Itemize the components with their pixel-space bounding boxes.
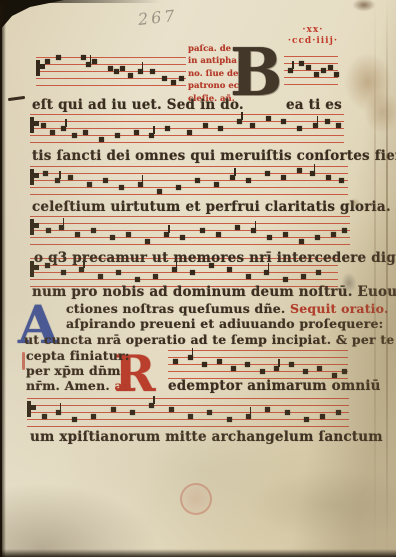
initial-B: B — [230, 40, 282, 105]
neume-square — [110, 235, 115, 240]
rubric-line: paſca. de — [188, 43, 236, 55]
pencil-foliation: 267 — [137, 6, 178, 29]
neume-square — [87, 182, 92, 187]
neume-square — [115, 133, 120, 138]
neume-square — [86, 62, 91, 67]
neume-square — [216, 232, 221, 237]
music-staff — [36, 57, 186, 86]
neume-square — [202, 362, 207, 367]
margin-pen-dash — [8, 96, 25, 101]
chant-text-line2: tis ſancti dei omnes qui meruiſtis conſo… — [32, 148, 396, 164]
neume-stem — [65, 119, 66, 127]
neume-square — [56, 410, 61, 415]
neume-square — [55, 178, 60, 183]
neume-square — [135, 277, 140, 282]
neume-square — [179, 76, 184, 81]
neume-square — [227, 267, 232, 272]
neume-square — [169, 407, 174, 412]
rubric-line: patrono ec — [188, 80, 236, 92]
chant-text-line1-left: eſt qui ad iu uet. Sed in do. — [32, 97, 244, 113]
neume-square — [116, 270, 121, 275]
neume-square — [114, 69, 119, 74]
neume-square — [342, 369, 347, 374]
chant2-text-line2: um xpiſtianorum mitte archangelum ſanctu… — [30, 429, 383, 445]
prayer-line4: cepta finiatur: — [26, 348, 130, 363]
music-staff — [27, 398, 349, 427]
neume-square — [317, 366, 322, 371]
neume-stem — [314, 164, 315, 172]
neume-square — [91, 228, 96, 233]
neume-square — [138, 69, 143, 74]
neume-square — [301, 274, 306, 279]
neume-square — [150, 69, 155, 74]
neume-square — [61, 126, 66, 131]
neume-square — [165, 126, 170, 131]
neume-square — [265, 407, 270, 412]
staff-lines — [36, 57, 186, 86]
neume-square — [250, 123, 255, 128]
music-staff — [284, 56, 338, 85]
neume-square — [325, 119, 330, 124]
clef-mark — [30, 261, 34, 277]
rubric-line: no. ſiue de — [188, 68, 236, 80]
neume-square — [68, 175, 73, 180]
neume-square — [283, 232, 288, 237]
prayer-line6-text: nr̄m. Amen. — [26, 378, 110, 393]
rubric-line: in antipha — [188, 55, 236, 67]
music-staff — [30, 166, 348, 195]
neume-square — [332, 373, 337, 378]
prayer-line1: ctiones noſtras queſumus dñe. Sequit ora… — [66, 301, 389, 316]
neume-square — [111, 407, 116, 412]
neume-square — [260, 369, 265, 374]
neume-square — [246, 414, 251, 419]
neume-stem — [168, 225, 169, 233]
library-stamp — [180, 483, 212, 515]
neume-square — [231, 366, 236, 371]
neume-square — [230, 175, 235, 180]
prayer-line6-rubric: añ. — [114, 378, 136, 393]
prayer-line5: per xp̄m dn̄m — [26, 363, 121, 378]
clef-mark — [30, 117, 34, 133]
neume-stem — [142, 62, 143, 70]
manuscript-photo: 267 ·xx· ·ccd·iiij· paſca. de in antipha… — [0, 0, 396, 557]
neume-square — [149, 133, 154, 138]
neume-square — [267, 235, 272, 240]
neume-square — [92, 59, 97, 64]
neume-square — [61, 270, 66, 275]
neume-square — [103, 178, 108, 183]
neume-square — [126, 232, 131, 237]
neume-square — [176, 185, 181, 190]
neume-stem — [234, 168, 235, 176]
neume-square — [316, 270, 321, 275]
neume-square — [274, 366, 279, 371]
neume-stem — [63, 218, 64, 226]
neume-square — [164, 232, 169, 237]
neume-square — [336, 410, 341, 415]
folio-mark-line1: ·xx· — [288, 25, 338, 36]
rubric-block: paſca. de in antipha no. ſiue de patrono… — [188, 43, 236, 105]
neume-stem — [292, 61, 293, 69]
neume-square — [130, 410, 135, 415]
neume-square — [320, 414, 325, 419]
neume-square — [299, 61, 304, 66]
neume-square — [297, 126, 302, 131]
neume-stem — [250, 407, 251, 415]
neume-square — [265, 171, 270, 176]
page-edge-crease2 — [374, 0, 376, 557]
neume-square — [180, 235, 185, 240]
photo-dark-edge-left — [0, 0, 6, 557]
neume-square — [281, 119, 286, 124]
neume-square — [56, 55, 61, 60]
neume-square — [41, 123, 46, 128]
staff-lines — [27, 398, 349, 427]
neume-square — [326, 175, 331, 180]
neume-stem — [241, 112, 242, 120]
neume-square — [108, 66, 113, 71]
neume-square — [119, 185, 124, 190]
neume-square — [153, 274, 158, 279]
chant2-text-line1: edemptor animarum omniū — [168, 378, 381, 394]
neume-square — [299, 239, 304, 244]
neume-square — [75, 232, 80, 237]
neume-square — [306, 65, 311, 70]
neume-square — [310, 171, 315, 176]
neume-square — [245, 362, 250, 367]
neume-square — [214, 182, 219, 187]
page-edge-crease — [386, 0, 388, 557]
neume-square — [237, 119, 242, 124]
neume-stem — [60, 403, 61, 411]
neume-square — [79, 267, 84, 272]
prayer-line6: nr̄m. Amen. añ. — [26, 378, 137, 393]
neume-square — [281, 175, 286, 180]
neume-square — [91, 414, 96, 419]
neume-square — [283, 277, 288, 282]
staff-lines — [168, 350, 348, 379]
neume-stem — [192, 348, 193, 356]
neume-square — [138, 182, 143, 187]
neume-square — [304, 417, 309, 422]
music-staff — [30, 114, 344, 143]
neume-square — [157, 189, 162, 194]
chant-text-line1-right: ea ti es — [286, 97, 342, 113]
neume-square — [264, 270, 269, 275]
neume-square — [99, 137, 104, 142]
folio-mark-line2: ·ccd·iiij· — [288, 36, 338, 47]
neume-square — [188, 414, 193, 419]
neume-square — [173, 359, 178, 364]
chant-text-line3: celeſtium uirtutum et perfrui claritatis… — [32, 199, 396, 215]
neume-square — [289, 362, 294, 367]
folio-mark: ·xx· ·ccd·iiij· — [288, 25, 338, 47]
chant-text-line4: o q3 precamur ut memores nrī intercedere… — [34, 250, 396, 266]
neume-square — [336, 123, 341, 128]
neume-square — [342, 228, 347, 233]
neume-square — [83, 130, 88, 135]
clef-mark — [30, 219, 34, 235]
neume-square — [187, 130, 192, 135]
music-staff — [168, 350, 348, 379]
neume-square — [235, 225, 240, 230]
neume-square — [145, 239, 150, 244]
neume-square — [246, 178, 251, 183]
neume-square — [59, 225, 64, 230]
neume-square — [315, 235, 320, 240]
neume-stem — [278, 359, 279, 367]
photo-dark-edge-bottom — [0, 549, 396, 557]
neume-square — [81, 55, 86, 60]
neume-square — [149, 403, 154, 408]
neume-square — [203, 123, 208, 128]
neume-square — [217, 359, 222, 364]
neume-square — [314, 72, 319, 77]
neume-square — [50, 130, 55, 135]
neume-square — [288, 68, 293, 73]
photo-dark-edge-top — [0, 0, 160, 3]
neume-square — [195, 178, 200, 183]
prayer-line3: ut cuncta nrā operatio ad te ſemp incipi… — [24, 332, 394, 347]
neume-square — [172, 267, 177, 272]
neume-stem — [59, 171, 60, 179]
neume-square — [285, 410, 290, 415]
neume-square — [218, 126, 223, 131]
neume-square — [334, 72, 339, 77]
clef-mark — [27, 401, 31, 417]
neume-square — [266, 116, 271, 121]
neume-square — [42, 414, 47, 419]
music-staff — [30, 216, 350, 245]
neume-square — [328, 65, 333, 70]
neume-square — [43, 171, 48, 176]
neume-square — [188, 355, 193, 360]
neume-square — [303, 369, 308, 374]
chant-text-line5: num pro nobis ad dominum deum noſtrū. Eu… — [32, 284, 396, 300]
neume-square — [128, 73, 133, 78]
neume-stem — [317, 116, 318, 124]
neume-square — [134, 130, 139, 135]
neume-stem — [255, 221, 256, 229]
neume-square — [313, 123, 318, 128]
prayer-line1-text: ctiones noſtras queſumus dñe. — [66, 301, 285, 316]
neume-square — [72, 417, 77, 422]
neume-square — [251, 228, 256, 233]
parchment-page: 267 ·xx· ·ccd·iiij· paſca. de in antipha… — [2, 0, 396, 557]
neume-square — [246, 274, 251, 279]
neume-square — [72, 133, 77, 138]
prayer-line2: aſpirando preueni et adiuuando proſequer… — [66, 316, 383, 331]
neume-square — [190, 270, 195, 275]
neume-square — [297, 168, 302, 173]
neume-square — [207, 410, 212, 415]
neume-square — [331, 232, 336, 237]
neume-square — [200, 228, 205, 233]
neume-stem — [142, 175, 143, 183]
neume-square — [46, 228, 51, 233]
neume-square — [162, 76, 167, 81]
neume-square — [171, 80, 176, 85]
clef-mark — [30, 169, 34, 185]
neume-square — [339, 178, 344, 183]
neume-square — [45, 59, 50, 64]
neume-square — [120, 66, 125, 71]
neume-square — [227, 417, 232, 422]
neume-square — [98, 274, 103, 279]
clef-mark — [36, 60, 40, 76]
neume-square — [321, 68, 326, 73]
neume-stem — [153, 126, 154, 134]
